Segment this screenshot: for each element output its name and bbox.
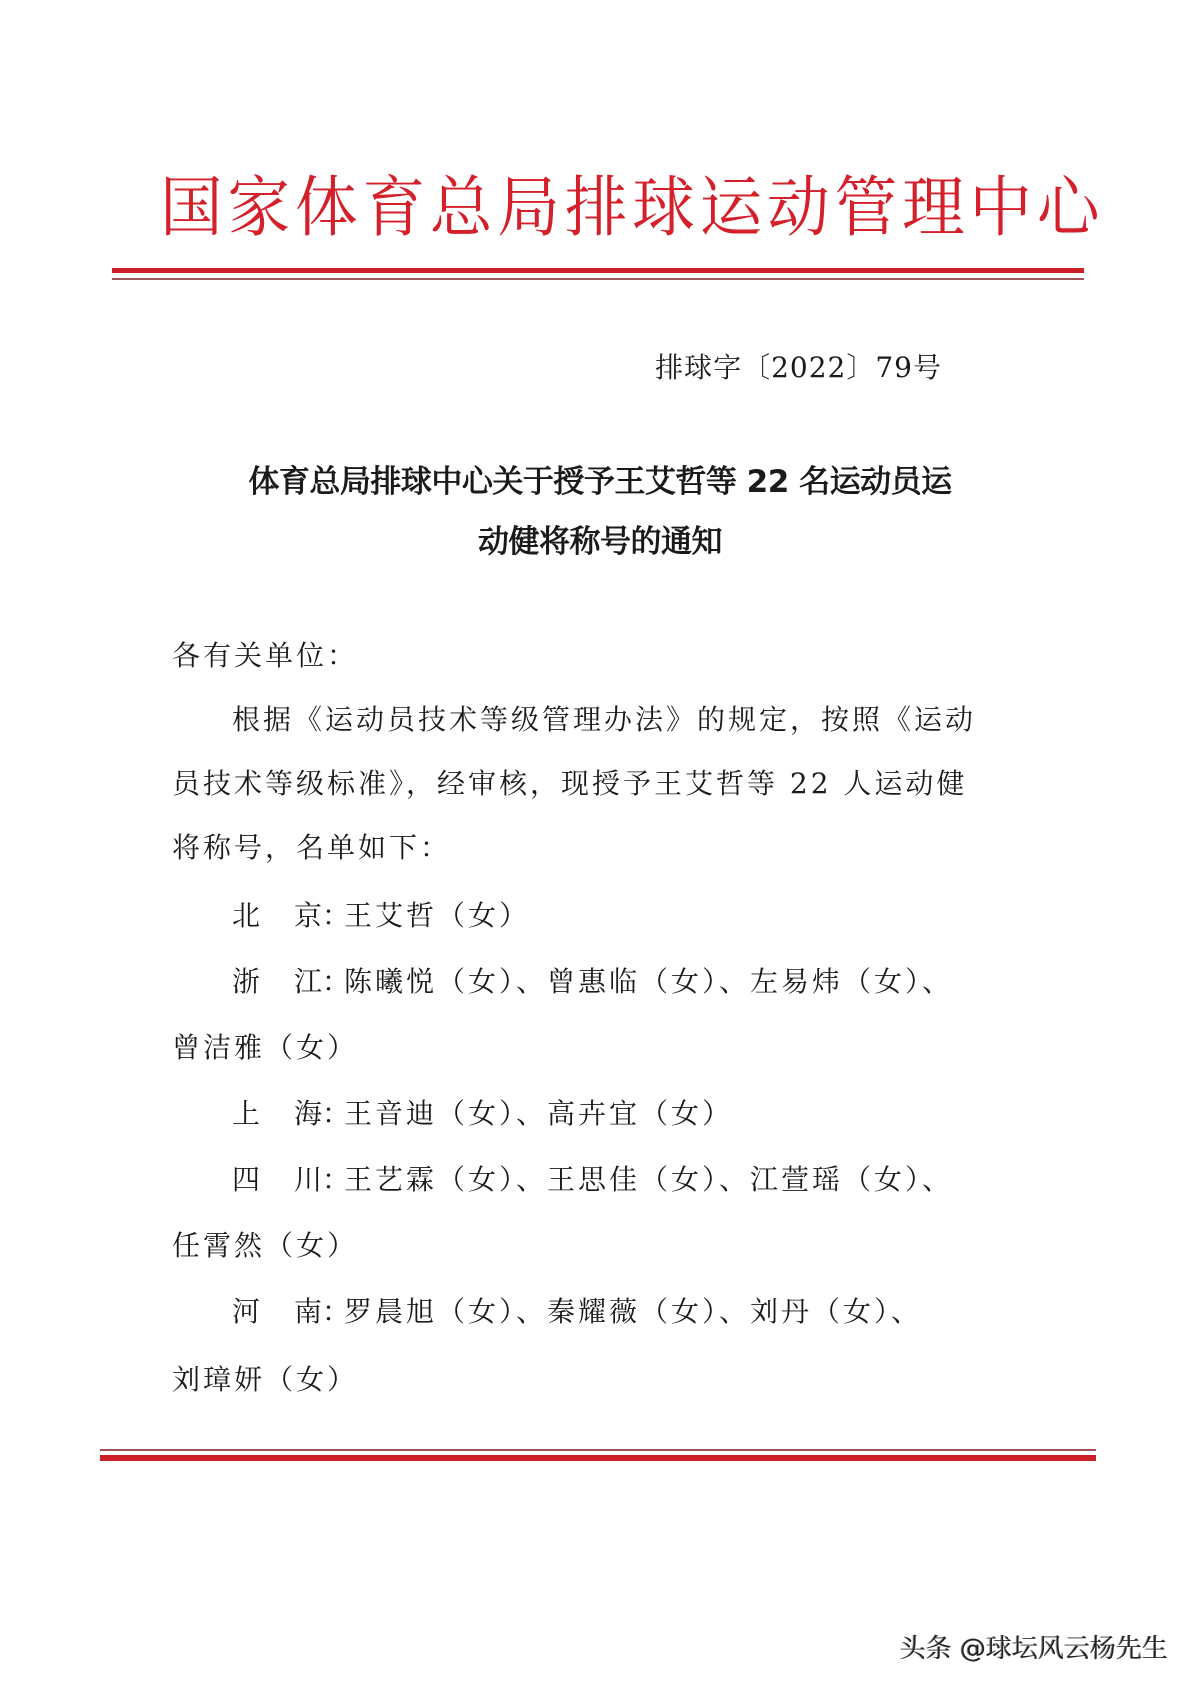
region-entry-beijing: 北京：王艾哲（女） (232, 896, 530, 936)
region-label: 北京： (232, 896, 344, 936)
header-divider-thin (112, 278, 1084, 280)
athlete-list: 王音迪（女）、高卉宜（女） (344, 1097, 733, 1130)
athlete-list-continued: 曾洁雅（女） (172, 1028, 358, 1068)
paragraph-line: 员技术等级标准》，经审核，现授予王艾哲等 22 人运动健 (172, 764, 967, 804)
organization-letterhead: 国家体育总局排球运动管理中心 (160, 160, 996, 256)
paragraph-line: 将称号，名单如下： (172, 828, 451, 868)
athlete-list-continued: 任霄然（女） (172, 1226, 358, 1266)
document-title-line-1: 体育总局排球中心关于授予王艾哲等 22 名运动员运 (170, 462, 1030, 502)
athlete-list: 王艺霖（女）、王思佳（女）、江萱瑶（女）、 (344, 1163, 953, 1196)
document-number: 排球字〔2022〕79号 (655, 350, 942, 386)
header-divider-thick (112, 268, 1084, 273)
footer-divider-thick (100, 1455, 1096, 1461)
region-entry-shanghai: 上海：王音迪（女）、高卉宜（女） (232, 1094, 733, 1134)
region-label: 四川： (232, 1160, 344, 1200)
athlete-list: 王艾哲（女） (344, 899, 530, 932)
source-watermark: 头条 @球坛风云杨先生 (900, 1632, 1168, 1666)
paragraph-line: 根据《运动员技术等级管理办法》的规定，按照《运动 (232, 700, 976, 740)
document-title-line-2: 动健将称号的通知 (170, 522, 1030, 562)
athlete-list: 陈曦悦（女）、曾惠临（女）、左易炜（女）、 (344, 965, 953, 998)
region-entry-sichuan: 四川：王艺霖（女）、王思佳（女）、江萱瑶（女）、 (232, 1160, 953, 1200)
region-label: 上海： (232, 1094, 344, 1134)
region-label: 河南： (232, 1292, 344, 1332)
region-entry-henan: 河南：罗晨旭（女）、秦耀薇（女）、刘丹（女）、 (232, 1292, 922, 1332)
athlete-list: 罗晨旭（女）、秦耀薇（女）、刘丹（女）、 (344, 1295, 922, 1328)
region-label: 浙江： (232, 962, 344, 1002)
salutation: 各有关单位： (172, 636, 358, 676)
footer-divider-thin (100, 1449, 1096, 1451)
region-entry-zhejiang: 浙江：陈曦悦（女）、曾惠临（女）、左易炜（女）、 (232, 962, 953, 1002)
athlete-list-continued: 刘璋妍（女） (172, 1360, 358, 1400)
